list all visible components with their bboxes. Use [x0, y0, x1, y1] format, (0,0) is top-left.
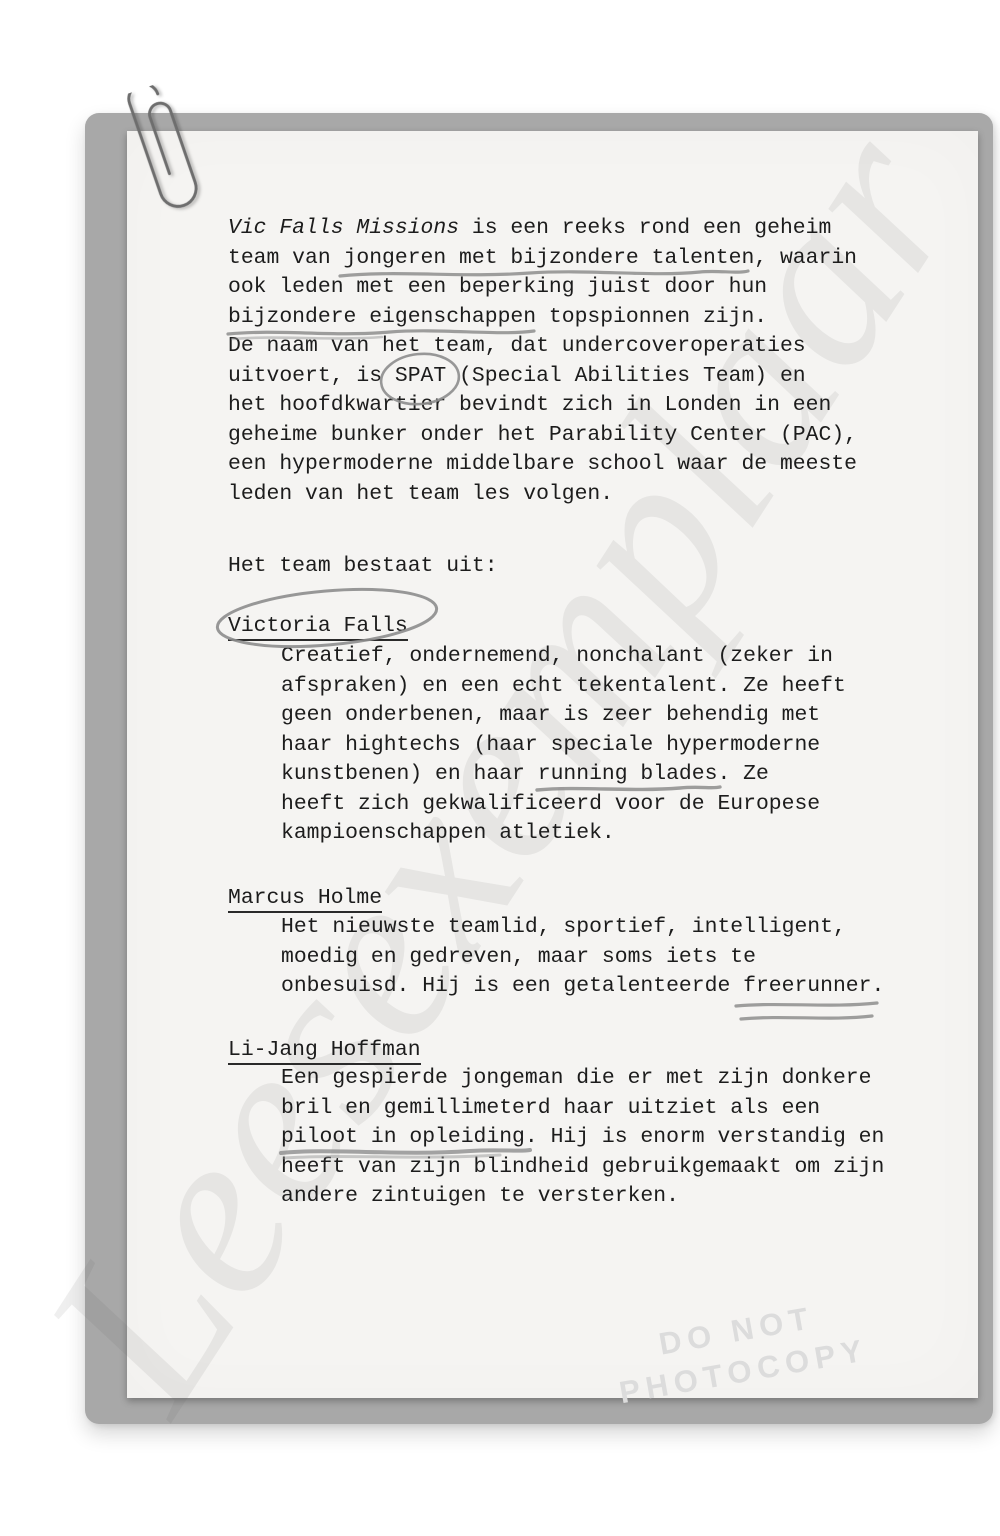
text-line: Victoria Falls: [228, 612, 408, 642]
text-line: het hoofdkwartier bevindt zich in Londen…: [228, 391, 857, 421]
text-line: leden van het team les volgen.: [228, 480, 857, 510]
text-line: haar hightechs (haar speciale hypermoder…: [281, 731, 846, 761]
text-line: geen onderbenen, maar is zeer behendig m…: [281, 701, 846, 731]
text-line: piloot in opleiding. Hij is enorm versta…: [281, 1123, 884, 1153]
text-line: een hypermoderne middelbare school waar …: [228, 450, 857, 480]
member-description-victoria-falls: Creatief, ondernemend, nonchalant (zeker…: [281, 642, 846, 849]
text-line: De naam van het team, dat undercoveroper…: [228, 332, 857, 362]
text-line: Creatief, ondernemend, nonchalant (zeker…: [281, 642, 846, 672]
intro-paragraph: Vic Falls Missions is een reeks rond een…: [228, 214, 857, 509]
text-line: Het nieuwste teamlid, sportief, intellig…: [281, 913, 884, 943]
text-line: heeft van zijn blindheid gebruikgemaakt …: [281, 1153, 884, 1183]
text-line: Vic Falls Missions is een reeks rond een…: [228, 214, 857, 244]
text-line: uitvoert, is SPAT (Special Abilities Tea…: [228, 362, 857, 392]
member-heading-victoria-falls: Victoria Falls: [228, 612, 408, 642]
member-description-li-jang-hoffman: Een gespierde jongeman die er met zijn d…: [281, 1064, 884, 1212]
photographed-document: Leesexemplaar DO NOT PHOTOCOPY Vic Falls…: [0, 0, 1000, 1536]
team-list-intro: Het team bestaat uit:: [228, 552, 498, 582]
text-line: kampioenschappen atletiek.: [281, 819, 846, 849]
text-line: onbesuisd. Hij is een getalenteerde free…: [281, 972, 884, 1002]
text-line: kunstbenen) en haar running blades. Ze: [281, 760, 846, 790]
text-line: bril en gemillimeterd haar uitziet als e…: [281, 1094, 884, 1124]
member-heading-li-jang-hoffman: Li-Jang Hoffman: [228, 1036, 421, 1066]
member-heading-marcus-holme: Marcus Holme: [228, 884, 382, 914]
text-line: Marcus Holme: [228, 884, 382, 914]
text-line: andere zintuigen te versterken.: [281, 1182, 884, 1212]
text-line: heeft zich gekwalificeerd voor de Europe…: [281, 790, 846, 820]
text-line: Li-Jang Hoffman: [228, 1036, 421, 1066]
text-line: moedig en gedreven, maar soms iets te: [281, 943, 884, 973]
text-line: Een gespierde jongeman die er met zijn d…: [281, 1064, 884, 1094]
text-line: team van jongeren met bijzondere talente…: [228, 244, 857, 274]
text-line: geheime bunker onder het Parability Cent…: [228, 421, 857, 451]
text-line: Het team bestaat uit:: [228, 552, 498, 582]
member-description-marcus-holme: Het nieuwste teamlid, sportief, intellig…: [281, 913, 884, 1002]
text-line: ook leden met een beperking juist door h…: [228, 273, 857, 303]
text-line: bijzondere eigenschappen topspionnen zij…: [228, 303, 857, 333]
text-line: afspraken) en een echt tekentalent. Ze h…: [281, 672, 846, 702]
